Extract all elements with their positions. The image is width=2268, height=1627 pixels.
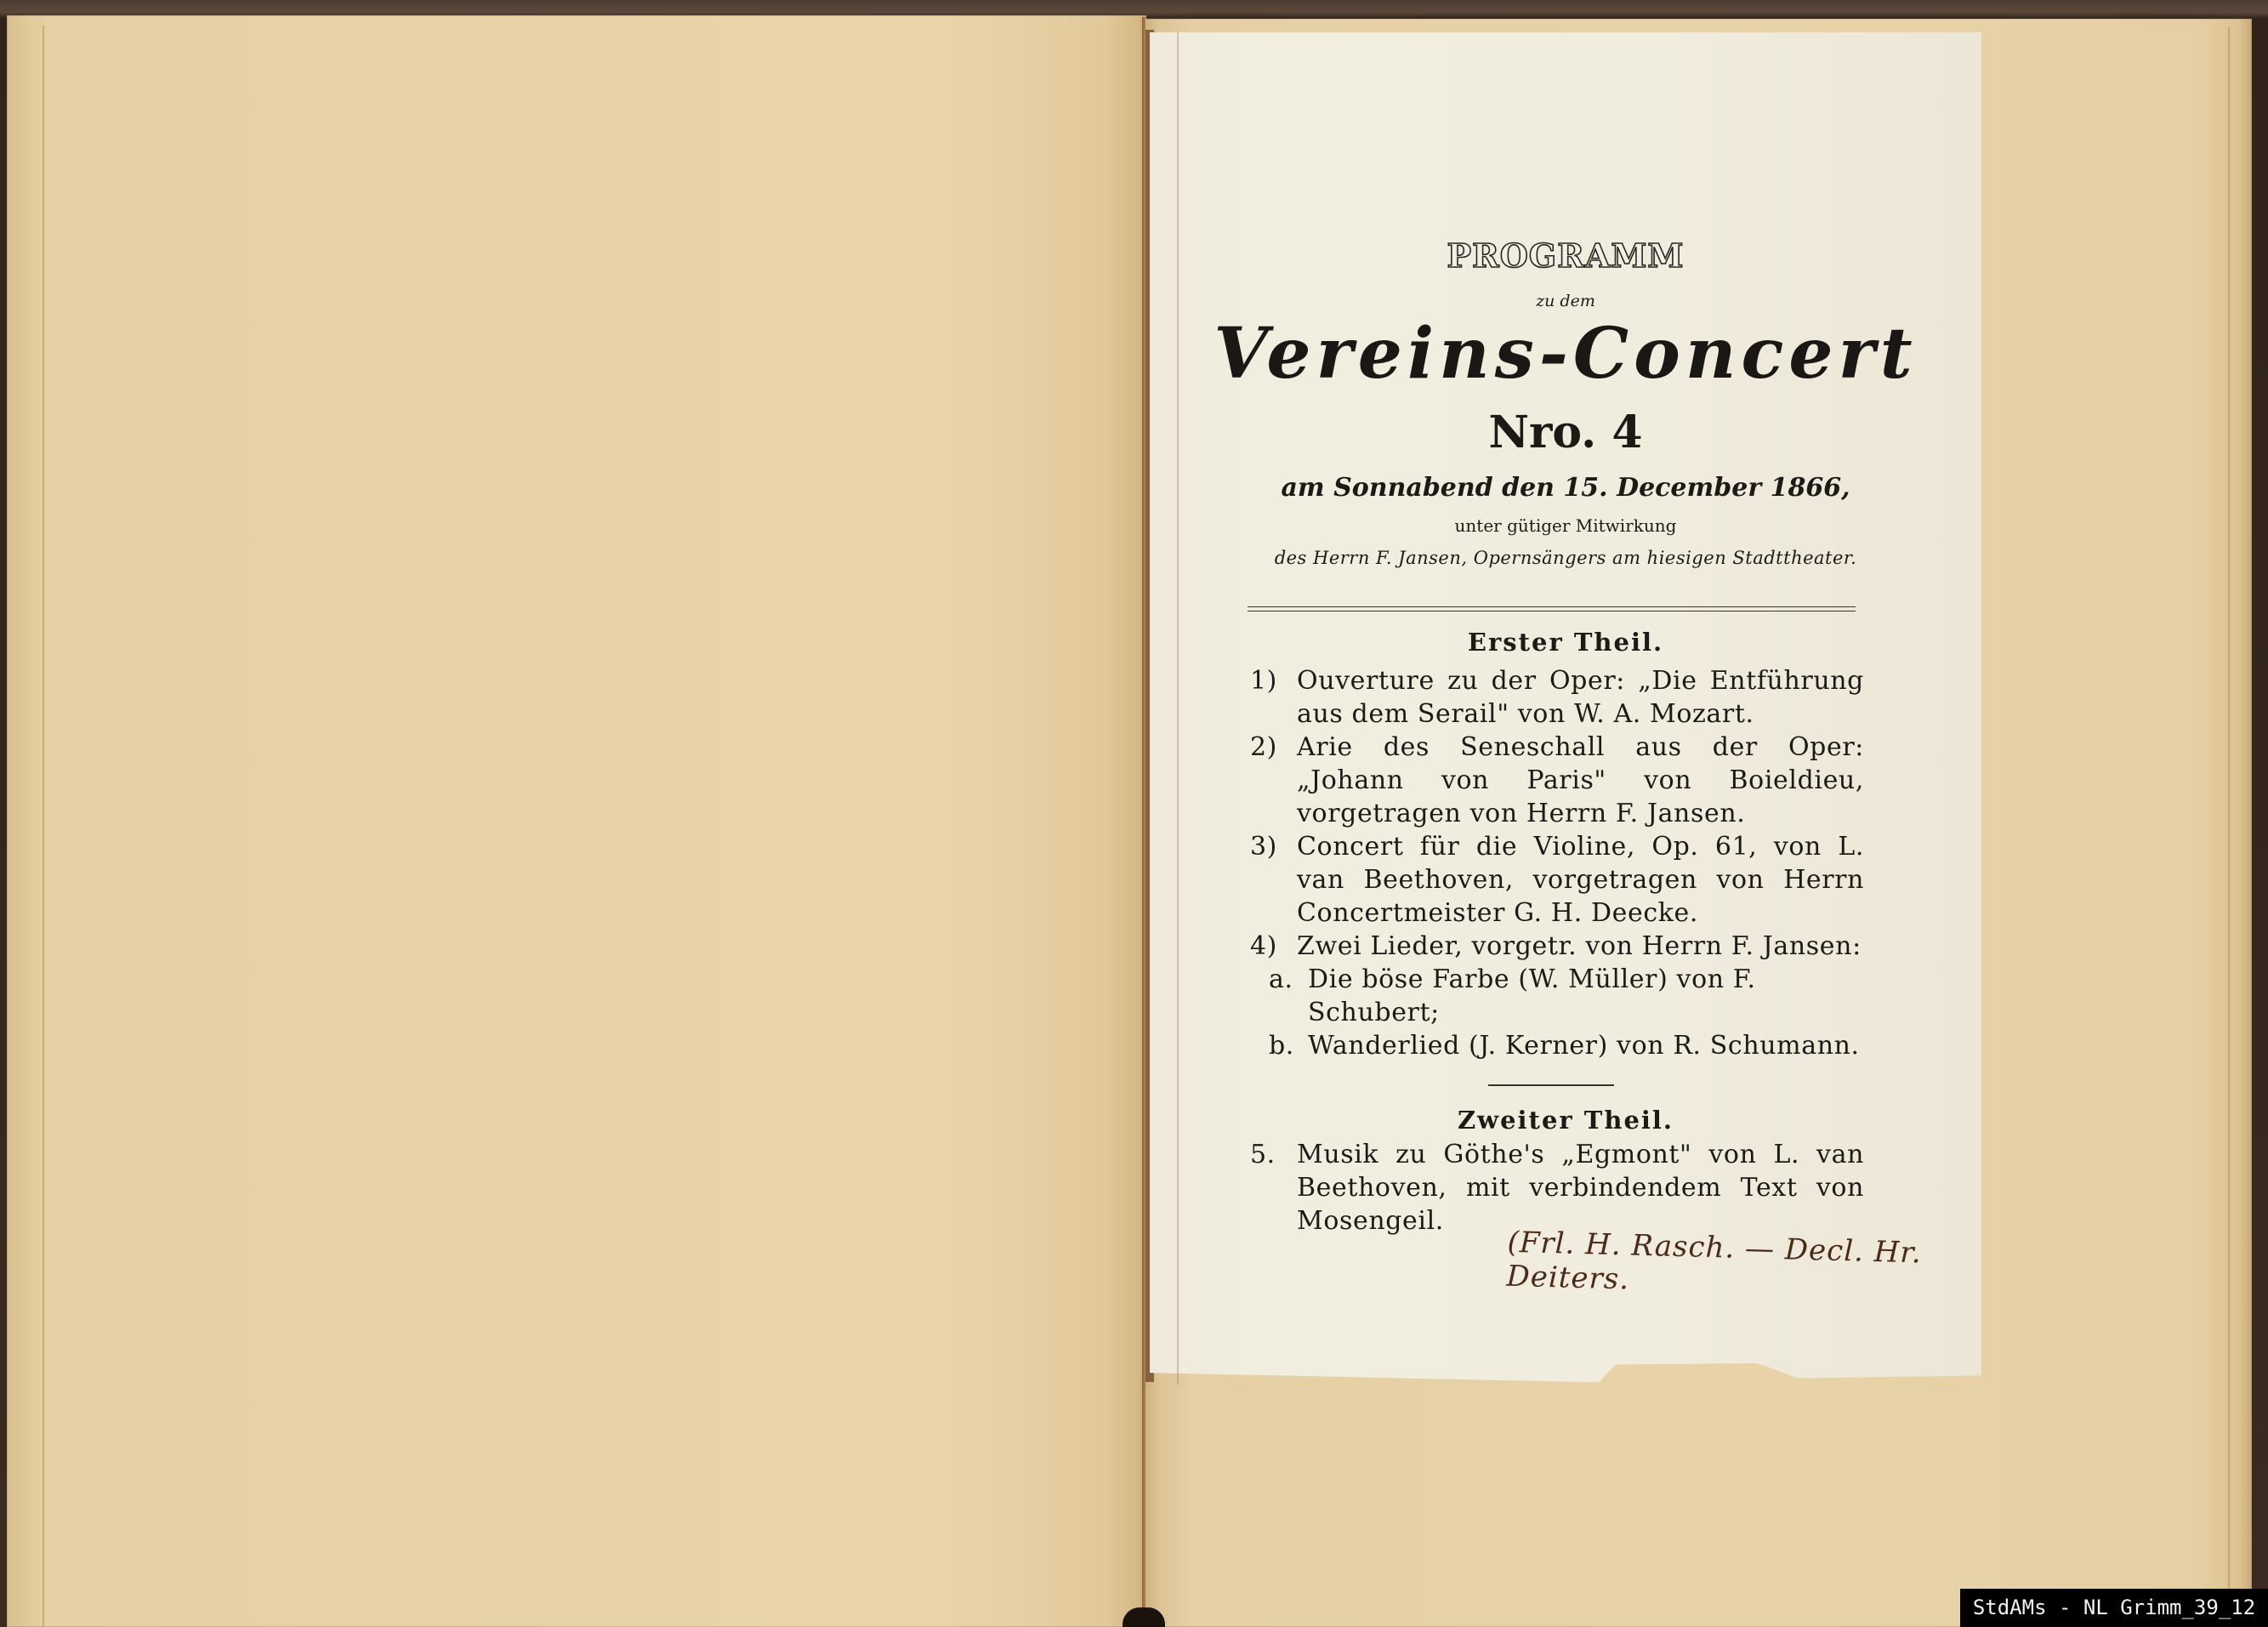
programme-subitem: b. Wanderlied (J. Kerner) von R. Schuman…	[1250, 1029, 1864, 1062]
archive-label: StdAMs - NL Grimm_39_12	[1960, 1589, 2268, 1627]
part-two-items: 5. Musik zu Göthe's „Egmont" von L. van …	[1250, 1138, 1864, 1237]
assistance-line: unter gütiger Mitwirkung	[1150, 515, 1981, 536]
programme-subitem: a. Die böse Farbe (W. Müller) von F. Sch…	[1250, 963, 1864, 1029]
item-number: 4)	[1250, 930, 1277, 963]
concert-number: Nro. 4	[1150, 407, 1981, 458]
item-number: 1)	[1250, 664, 1277, 697]
concert-programme-sheet: PROGRAMM zu dem Vereins-Concert Nro. 4 a…	[1150, 32, 1981, 1397]
programme-item: 4) Zwei Lieder, vorgetr. von Herrn F. Ja…	[1250, 930, 1864, 963]
programme-connector: zu dem	[1150, 292, 1981, 310]
item-number: 2)	[1250, 731, 1277, 764]
concert-date: am Sonnabend den 15. December 1866,	[1150, 473, 1981, 503]
guest-performer-line: des Herrn F. Jansen, Opernsängers am hie…	[1150, 548, 1981, 568]
binding-shadow	[1123, 1607, 1165, 1627]
subitem-letter: a.	[1269, 963, 1293, 996]
item-text: Zwei Lieder, vorgetr. von Herrn F. Janse…	[1297, 931, 1862, 961]
subitem-text: Wanderlied (J. Kerner) von R. Schumann.	[1308, 1031, 1860, 1061]
item-text: Arie des Seneschall aus der Oper: „Johan…	[1297, 732, 1864, 828]
handwritten-annotation: (Frl. H. Rasch. — Decl. Hr. Deiters.	[1506, 1226, 1982, 1306]
event-name: Vereins-Concert	[1150, 313, 1981, 395]
programme-item: 2) Arie des Seneschall aus der Oper: „Jo…	[1250, 731, 1864, 830]
book-spread: PROGRAMM zu dem Vereins-Concert Nro. 4 a…	[0, 0, 2268, 1627]
programme-item: 5. Musik zu Göthe's „Egmont" von L. van …	[1250, 1138, 1864, 1237]
item-text: Musik zu Göthe's „Egmont" von L. van Bee…	[1297, 1140, 1864, 1236]
item-text: Ouverture zu der Oper: „Die Entführung a…	[1297, 666, 1864, 729]
item-number: 3)	[1250, 830, 1277, 863]
part-one-items: 1) Ouverture zu der Oper: „Die Entführun…	[1250, 664, 1864, 1062]
subitem-letter: b.	[1269, 1029, 1294, 1062]
part-one-heading: Erster Theil.	[1150, 628, 1981, 657]
left-page-blank	[7, 15, 1146, 1627]
part-two-heading: Zweiter Theil.	[1150, 1106, 1981, 1135]
short-rule-divider	[1488, 1084, 1614, 1086]
item-number: 5.	[1250, 1138, 1276, 1171]
sheet-torn-edge	[1165, 32, 1179, 1385]
double-rule-divider	[1248, 606, 1856, 612]
subitem-text: Die böse Farbe (W. Müller) von F. Schube…	[1308, 964, 1756, 1027]
item-text: Concert für die Violine, Op. 61, von L. …	[1297, 832, 1864, 928]
programme-item: 3) Concert für die Violine, Op. 61, von …	[1250, 830, 1864, 930]
programme-title: PROGRAMM	[1150, 236, 1981, 275]
programme-item: 1) Ouverture zu der Oper: „Die Entführun…	[1250, 664, 1864, 731]
